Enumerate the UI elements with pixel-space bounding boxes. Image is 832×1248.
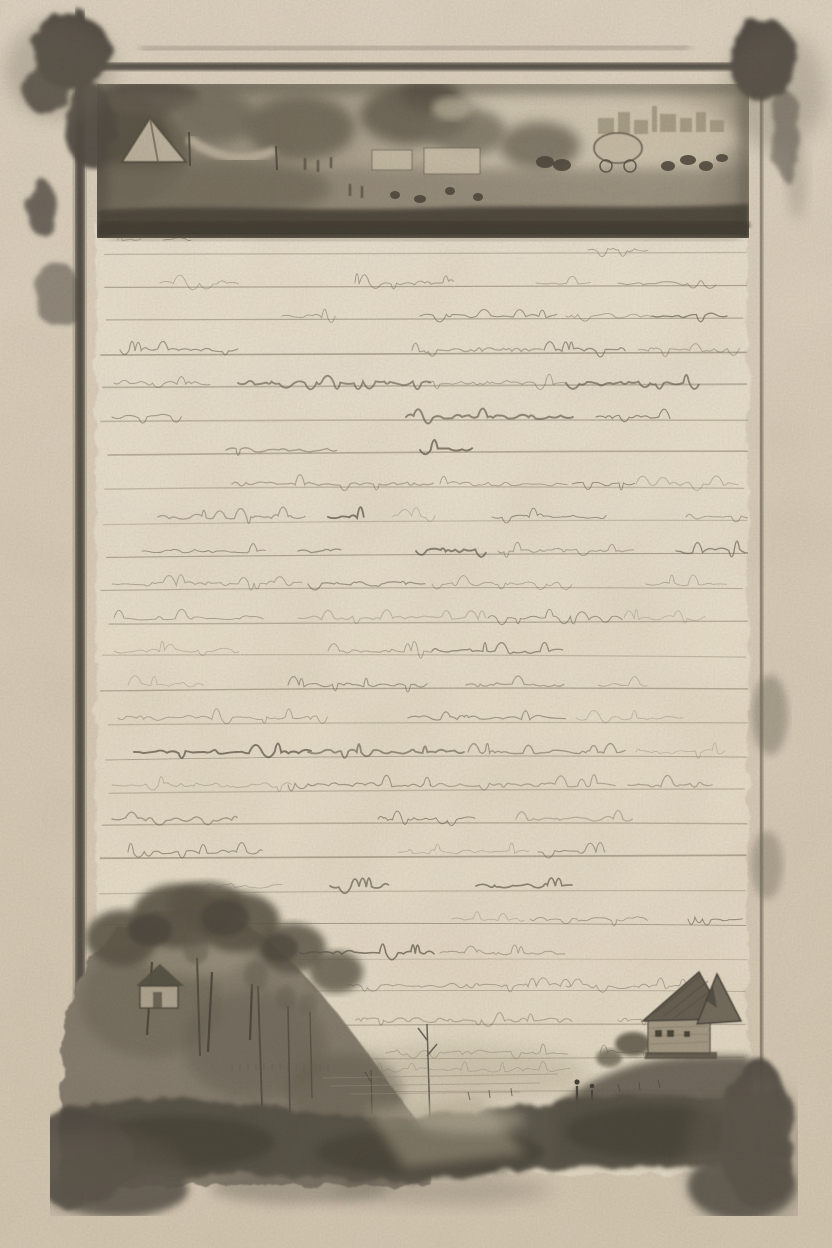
topright-knob-halo xyxy=(725,30,825,150)
top-landscape-panel xyxy=(70,80,757,238)
cattle-dot xyxy=(473,193,483,201)
lower-smudge xyxy=(330,1176,550,1204)
sketch-canvas xyxy=(0,0,832,1248)
mid-trees xyxy=(173,92,257,144)
knob-bump xyxy=(34,263,82,327)
light-path-streak xyxy=(415,1106,525,1134)
town-block xyxy=(618,112,630,134)
figure-head xyxy=(590,1084,595,1089)
cattle-dot xyxy=(414,195,426,203)
cottage-window xyxy=(684,1031,690,1037)
bush xyxy=(596,1049,622,1067)
town-block xyxy=(680,118,692,132)
right-post-bump xyxy=(752,675,788,755)
town-block xyxy=(634,120,648,134)
cattle-dot xyxy=(716,154,728,162)
town-tower xyxy=(652,106,657,132)
sapling-canopy xyxy=(276,986,296,1010)
panel-bottom-bar xyxy=(100,222,748,227)
sapling-canopy xyxy=(299,993,317,1015)
town-block xyxy=(598,118,614,134)
cattle-dot xyxy=(699,161,713,171)
covered-wagon xyxy=(594,133,642,163)
tree-core xyxy=(201,900,249,936)
cottage-base xyxy=(645,1052,717,1059)
light-wall xyxy=(372,150,412,170)
topright-hatch-tail xyxy=(787,140,807,220)
cottage-window xyxy=(667,1030,674,1037)
town-block xyxy=(710,120,724,132)
right-post-bump xyxy=(751,831,783,899)
frame-top-smudge xyxy=(140,46,690,50)
light-haystack xyxy=(424,148,480,174)
frame-top-bar xyxy=(60,64,772,69)
town-block xyxy=(696,112,706,132)
cabin-door xyxy=(153,992,162,1008)
cattle-dot xyxy=(680,155,696,165)
tree-core xyxy=(128,914,172,946)
tree-core xyxy=(262,934,298,962)
frame-right-post xyxy=(761,38,762,1196)
tree-blob xyxy=(309,951,363,993)
sketch-svg xyxy=(0,0,832,1248)
sapling-canopy xyxy=(244,961,268,991)
cottage-window xyxy=(655,1030,662,1037)
ox xyxy=(536,156,554,168)
sapling-canopy xyxy=(183,932,209,964)
figure-head xyxy=(574,1079,579,1084)
ox xyxy=(553,159,571,171)
town-block xyxy=(660,114,676,132)
panel-bottom-halo xyxy=(110,236,740,240)
cattle-dot xyxy=(445,187,455,195)
knob-bump xyxy=(27,180,57,236)
smoke-highlight xyxy=(432,96,472,120)
cattle-dot xyxy=(661,161,675,171)
topleft-knob-halo xyxy=(5,20,115,120)
cattle-dot xyxy=(390,191,400,199)
